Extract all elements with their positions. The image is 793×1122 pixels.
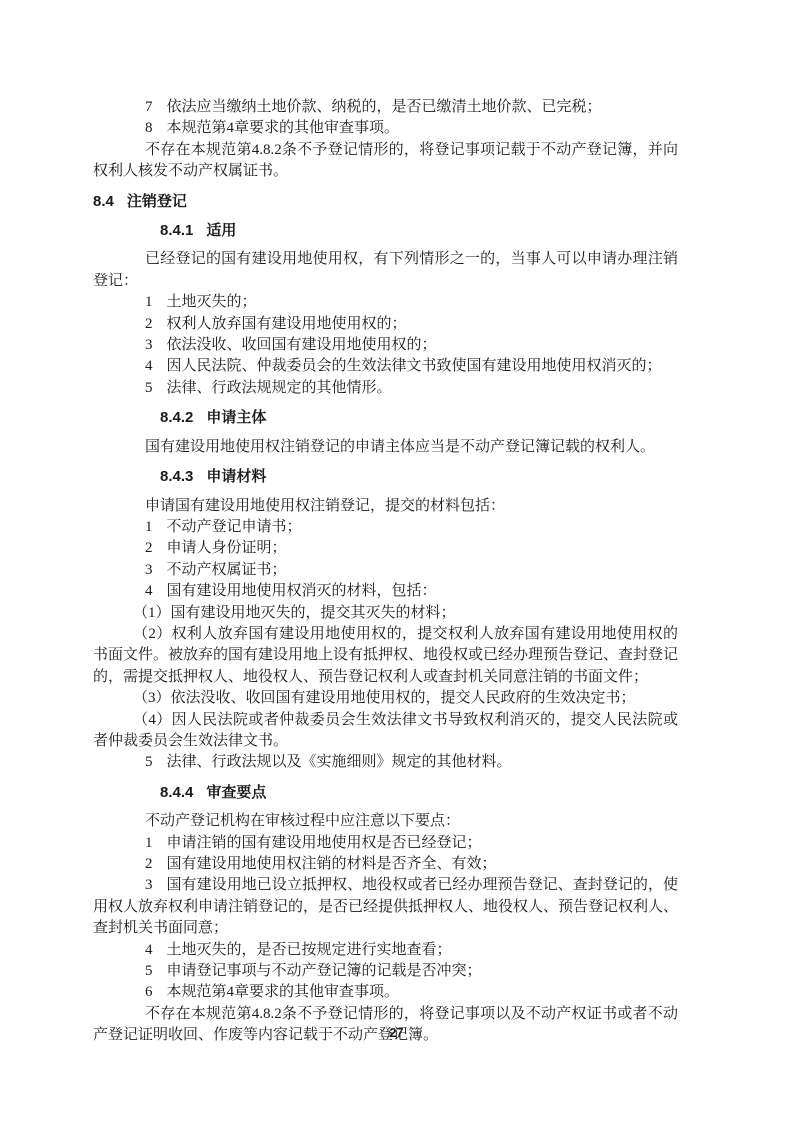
- paragraph: 不动产登记机构在审核过程中应注意以下要点：: [93, 811, 678, 832]
- list-item-number: 4: [145, 942, 153, 958]
- subsection-heading: 8.4.2申请主体: [160, 407, 678, 428]
- list-item-number: 2: [145, 856, 153, 872]
- subsection-title: 审查要点: [206, 784, 266, 801]
- list-item: 5法律、行政法规规定的其他情形。: [93, 378, 678, 399]
- list-item-text: 本规范第4章要求的其他审查事项。: [167, 120, 400, 136]
- list-item: 4因人民法院、仲裁委员会的生效法律文书致使国有建设用地使用权消灭的；: [93, 356, 678, 377]
- list-item-number: 6: [145, 984, 153, 1000]
- list-item: 4国有建设用地使用权消灭的材料，包括：: [93, 581, 678, 602]
- list-item-number: 1: [145, 835, 153, 851]
- list-item: 2国有建设用地使用权注销的材料是否齐全、有效；: [93, 854, 678, 875]
- list-item-text: 本规范第4章要求的其他审查事项。: [167, 984, 400, 1000]
- list-item-text: 不动产登记申请书；: [167, 519, 302, 535]
- subsection-title: 申请主体: [206, 409, 266, 426]
- list-item-text: 法律、行政法规规定的其他情形。: [167, 380, 392, 396]
- list-item: 2申请人身份证明；: [93, 538, 678, 559]
- list-item-text: 申请注销的国有建设用地使用权是否已经登记；: [167, 835, 482, 851]
- subsection-number: 8.4.3: [160, 468, 193, 485]
- paragraph: 已经登记的国有建设用地使用权，有下列情形之一的，当事人可以申请办理注销登记：: [93, 249, 678, 292]
- list-item: 1土地灭失的；: [93, 292, 678, 313]
- list-item-number: 5: [145, 754, 153, 770]
- subsection-title: 申请材料: [206, 468, 266, 485]
- list-item-text: 依法应当缴纳土地价款、纳税的，是否已缴清土地价款、已完税；: [167, 99, 602, 115]
- list-item: 1不动产登记申请书；: [93, 517, 678, 538]
- subsection-title: 适用: [206, 222, 236, 239]
- list-item-number: 3: [145, 337, 153, 353]
- list-item-number: 5: [145, 963, 153, 979]
- list-item: 3国有建设用地已设立抵押权、地役权或者已经办理预告登记、查封登记的，使用权人放弃…: [93, 875, 678, 939]
- paragraph: 申请国有建设用地使用权注销登记，提交的材料包括：: [93, 496, 678, 517]
- list-item-number: 7: [145, 99, 153, 115]
- sub-list-item: （3）依法没收、收回国有建设用地使用权的，提交人民政府的生效决定书；: [93, 688, 678, 709]
- list-item: 7依法应当缴纳土地价款、纳税的，是否已缴清土地价款、已完税；: [93, 97, 678, 118]
- list-item-number: 4: [145, 583, 153, 599]
- subsection-number: 8.4.4: [160, 784, 193, 801]
- list-item: 8本规范第4章要求的其他审查事项。: [93, 118, 678, 139]
- sub-list-item: （4）因人民法院或者仲裁委员会生效法律文书导致权利消灭的，提交人民法院或者仲裁委…: [93, 710, 678, 753]
- list-item-number: 8: [145, 120, 153, 136]
- page-number: 27: [0, 1026, 793, 1040]
- list-item: 3依法没收、收回国有建设用地使用权的；: [93, 335, 678, 356]
- list-item: 1申请注销的国有建设用地使用权是否已经登记；: [93, 833, 678, 854]
- list-item-number: 2: [145, 316, 153, 332]
- list-item-number: 2: [145, 540, 153, 556]
- list-item-text: 依法没收、收回国有建设用地使用权的；: [167, 337, 437, 353]
- list-item-text: 国有建设用地使用权消灭的材料，包括：: [167, 583, 437, 599]
- list-item-text: 土地灭失的，是否已按规定进行实地查看；: [167, 942, 452, 958]
- list-item-text: 土地灭失的；: [167, 294, 257, 310]
- subsection-number: 8.4.1: [160, 222, 193, 239]
- list-item: 6本规范第4章要求的其他审查事项。: [93, 982, 678, 1003]
- list-item-text: 申请登记事项与不动产登记簿的记载是否冲突；: [167, 963, 482, 979]
- section-number: 8.4: [93, 193, 114, 210]
- list-item-number: 1: [145, 294, 153, 310]
- list-item-text: 国有建设用地使用权注销的材料是否齐全、有效；: [167, 856, 497, 872]
- list-item-number: 3: [145, 562, 153, 578]
- list-item-number: 1: [145, 519, 153, 535]
- subsection-heading: 8.4.4审查要点: [160, 782, 678, 803]
- list-item-text: 法律、行政法规以及《实施细则》规定的其他材料。: [167, 754, 512, 770]
- list-item-number: 4: [145, 358, 153, 374]
- list-item: 5法律、行政法规以及《实施细则》规定的其他材料。: [93, 752, 678, 773]
- list-item: 2权利人放弃国有建设用地使用权的；: [93, 314, 678, 335]
- subsection-heading: 8.4.3申请材料: [160, 466, 678, 487]
- list-item-number: 3: [145, 877, 153, 893]
- document-page: 7依法应当缴纳土地价款、纳税的，是否已缴清土地价款、已完税； 8本规范第4章要求…: [93, 97, 678, 1047]
- paragraph: 不存在本规范第4.8.2条不予登记情形的，将登记事项记载于不动产登记簿，并向权利…: [93, 140, 678, 183]
- list-item-text: 权利人放弃国有建设用地使用权的；: [167, 316, 407, 332]
- sub-list-item: （1）国有建设用地灭失的，提交其灭失的材料；: [93, 603, 678, 624]
- paragraph: 国有建设用地使用权注销登记的申请主体应当是不动产登记簿记载的权利人。: [93, 437, 678, 458]
- section-heading: 8.4注销登记: [93, 191, 678, 212]
- list-item: 3不动产权属证书；: [93, 560, 678, 581]
- list-item-number: 5: [145, 380, 153, 396]
- list-item-text: 不动产权属证书；: [167, 562, 287, 578]
- subsection-heading: 8.4.1适用: [160, 220, 678, 241]
- subsection-number: 8.4.2: [160, 409, 193, 426]
- sub-list-item: （2）权利人放弃国有建设用地使用权的，提交权利人放弃国有建设用地使用权的书面文件…: [93, 624, 678, 688]
- list-item-text: 国有建设用地已设立抵押权、地役权或者已经办理预告登记、查封登记的，使用权人放弃权…: [93, 877, 678, 936]
- list-item: 4土地灭失的，是否已按规定进行实地查看；: [93, 940, 678, 961]
- section-title: 注销登记: [127, 193, 187, 210]
- list-item: 5申请登记事项与不动产登记簿的记载是否冲突；: [93, 961, 678, 982]
- list-item-text: 申请人身份证明；: [167, 540, 287, 556]
- list-item-text: 因人民法院、仲裁委员会的生效法律文书致使国有建设用地使用权消灭的；: [167, 358, 662, 374]
